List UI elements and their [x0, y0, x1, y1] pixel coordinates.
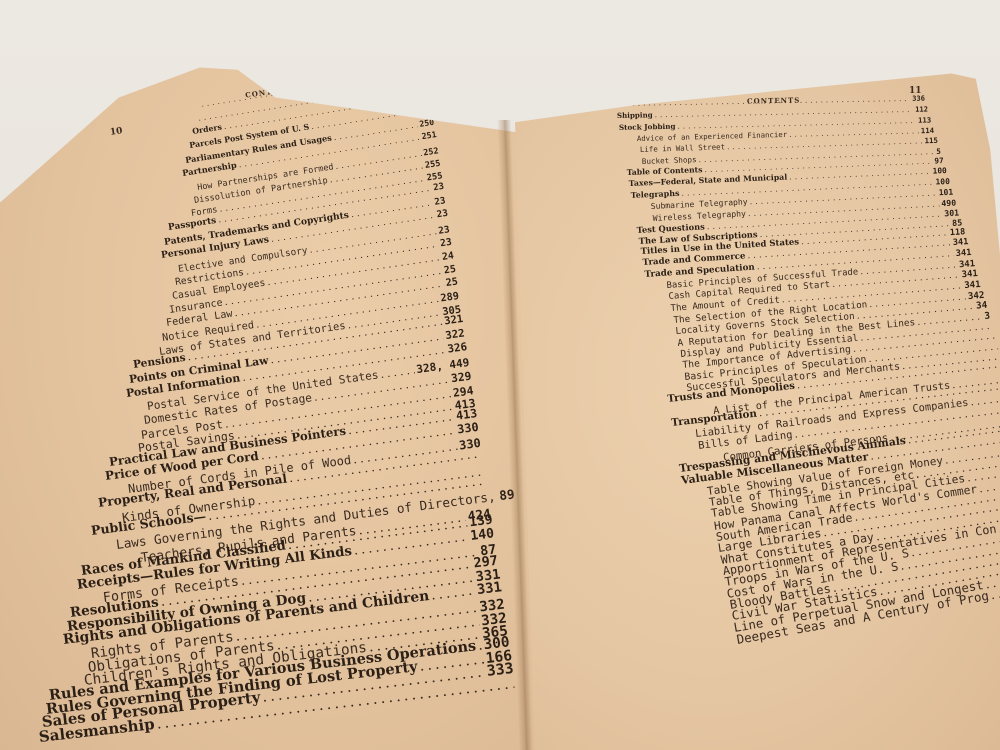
toc-entry-page: 23: [432, 182, 444, 193]
toc-entry-page: 5: [936, 146, 941, 155]
toc-entry-title: Stock Jobbing: [619, 121, 676, 131]
toc-entry-page: 336: [912, 95, 925, 103]
toc-entry-page: 321: [443, 313, 464, 328]
left-page: CONTENTS 10 ............................…: [0, 0, 540, 750]
toc-entry-title: Telegraphs: [631, 188, 680, 199]
toc-entry-title: Life in Wall Street: [639, 143, 725, 155]
toc-entry-page: 341: [961, 269, 978, 280]
toc-entry-page: 112: [915, 105, 928, 114]
left-page-number: 10: [109, 126, 123, 138]
toc-entry-page: 23: [439, 237, 452, 250]
toc-entry-page: 100: [933, 166, 947, 176]
toc-entry-page: 113: [918, 115, 931, 124]
toc-entry-page: 251: [420, 129, 436, 141]
toc-entry-page: 115: [924, 136, 938, 145]
toc-entry-title: Shipping: [617, 111, 653, 121]
toc-entry-page: 326: [447, 340, 468, 356]
toc-entry-page: 24: [441, 250, 454, 263]
toc-entry-page: 23: [436, 208, 449, 221]
toc-entry-page: 352: [416, 90, 431, 101]
toc-entry-page: 138: [412, 64, 427, 75]
toc-entry-page: 331: [476, 580, 503, 599]
toc-entry-page: 25: [443, 264, 456, 277]
toc-entry-page: 85: [952, 217, 963, 228]
toc-entry-title: Bucket Shops: [641, 155, 696, 166]
toc-entry-page: 114: [921, 126, 935, 135]
toc-entry-page: 101: [938, 187, 953, 197]
toc-entry-page: 330: [456, 419, 479, 436]
toc-entry-page: 23: [438, 224, 451, 237]
toc-entry: ........................................…: [199, 64, 428, 109]
right-page: CONTENTS 11 ............................…: [515, 0, 1000, 750]
toc-entry-page: 255: [424, 158, 441, 170]
toc-entry-page: 252: [422, 145, 439, 157]
toc-entry-page: 25: [445, 277, 459, 290]
toc-entry-page: 250: [419, 116, 435, 128]
toc-entry-page: 23: [434, 196, 446, 208]
toc-entry-title: Table of Contents: [627, 165, 703, 177]
toc-entry-page: 289: [440, 290, 460, 304]
toc-entry-page: 341: [953, 238, 969, 249]
toc-entry-page: 249: [417, 103, 433, 114]
toc-entry-page: 341: [956, 248, 972, 259]
toc-entry-page: 449: [414, 77, 429, 88]
toc-entry-title: Orders: [192, 123, 223, 137]
toc-entry-page: 97: [934, 156, 944, 165]
toc-entry-page: 301: [944, 207, 959, 218]
toc-entry-page: 100: [936, 176, 951, 186]
toc-entry-page: 140: [470, 526, 495, 544]
